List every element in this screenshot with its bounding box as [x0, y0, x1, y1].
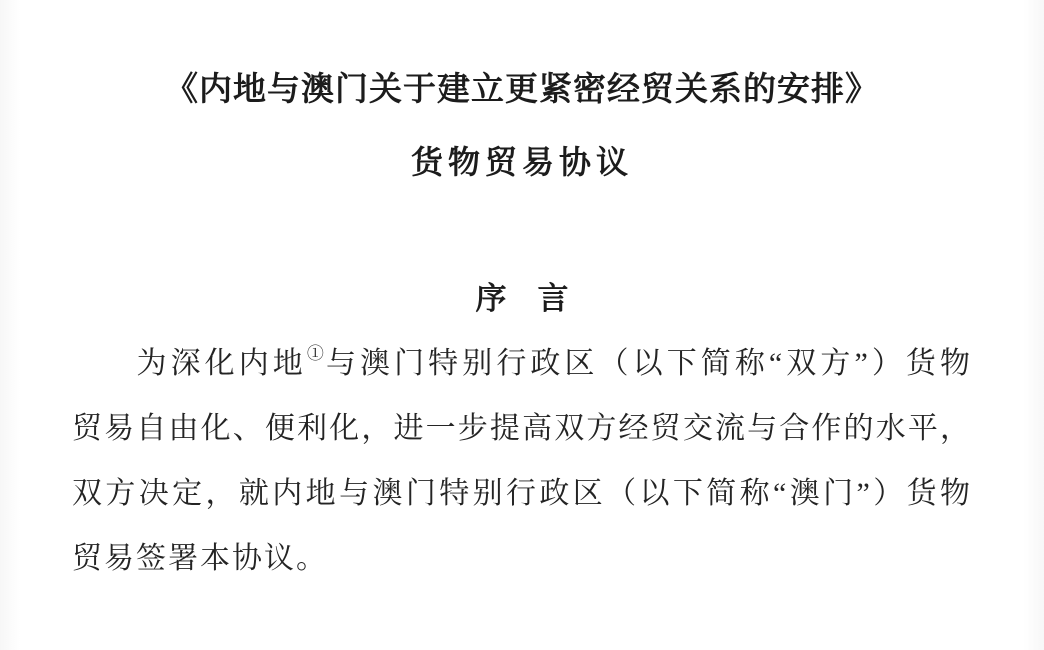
paragraph-line-2: 贸易自由化、便利化，进一步提高双方经贸交流与合作的水平，: [72, 396, 972, 461]
footnote-marker-1: ①: [307, 344, 326, 363]
document-page: 《内地与澳门关于建立更紧密经贸关系的安排》 货物贸易协议 序 言 为深化内地①与…: [0, 0, 1044, 650]
paragraph-line-1-pre: 为深化内地: [137, 347, 307, 380]
paragraph-line-1-post: 与澳门特别行政区（以下简称“双方”）货物: [326, 347, 972, 380]
paragraph-line-3: 双方决定，就内地与澳门特别行政区（以下简称“澳门”）货物: [72, 461, 972, 526]
document-title: 《内地与澳门关于建立更紧密经贸关系的安排》: [72, 0, 972, 110]
paragraph-line-4: 贸易签署本协议。: [72, 526, 972, 591]
section-heading-preface: 序 言: [72, 280, 972, 317]
paragraph-line-1: 为深化内地①与澳门特别行政区（以下简称“双方”）货物: [72, 331, 972, 396]
document-subtitle: 货物贸易协议: [72, 143, 972, 181]
preface-paragraph: 为深化内地①与澳门特别行政区（以下简称“双方”）货物 贸易自由化、便利化，进一步…: [72, 331, 972, 591]
